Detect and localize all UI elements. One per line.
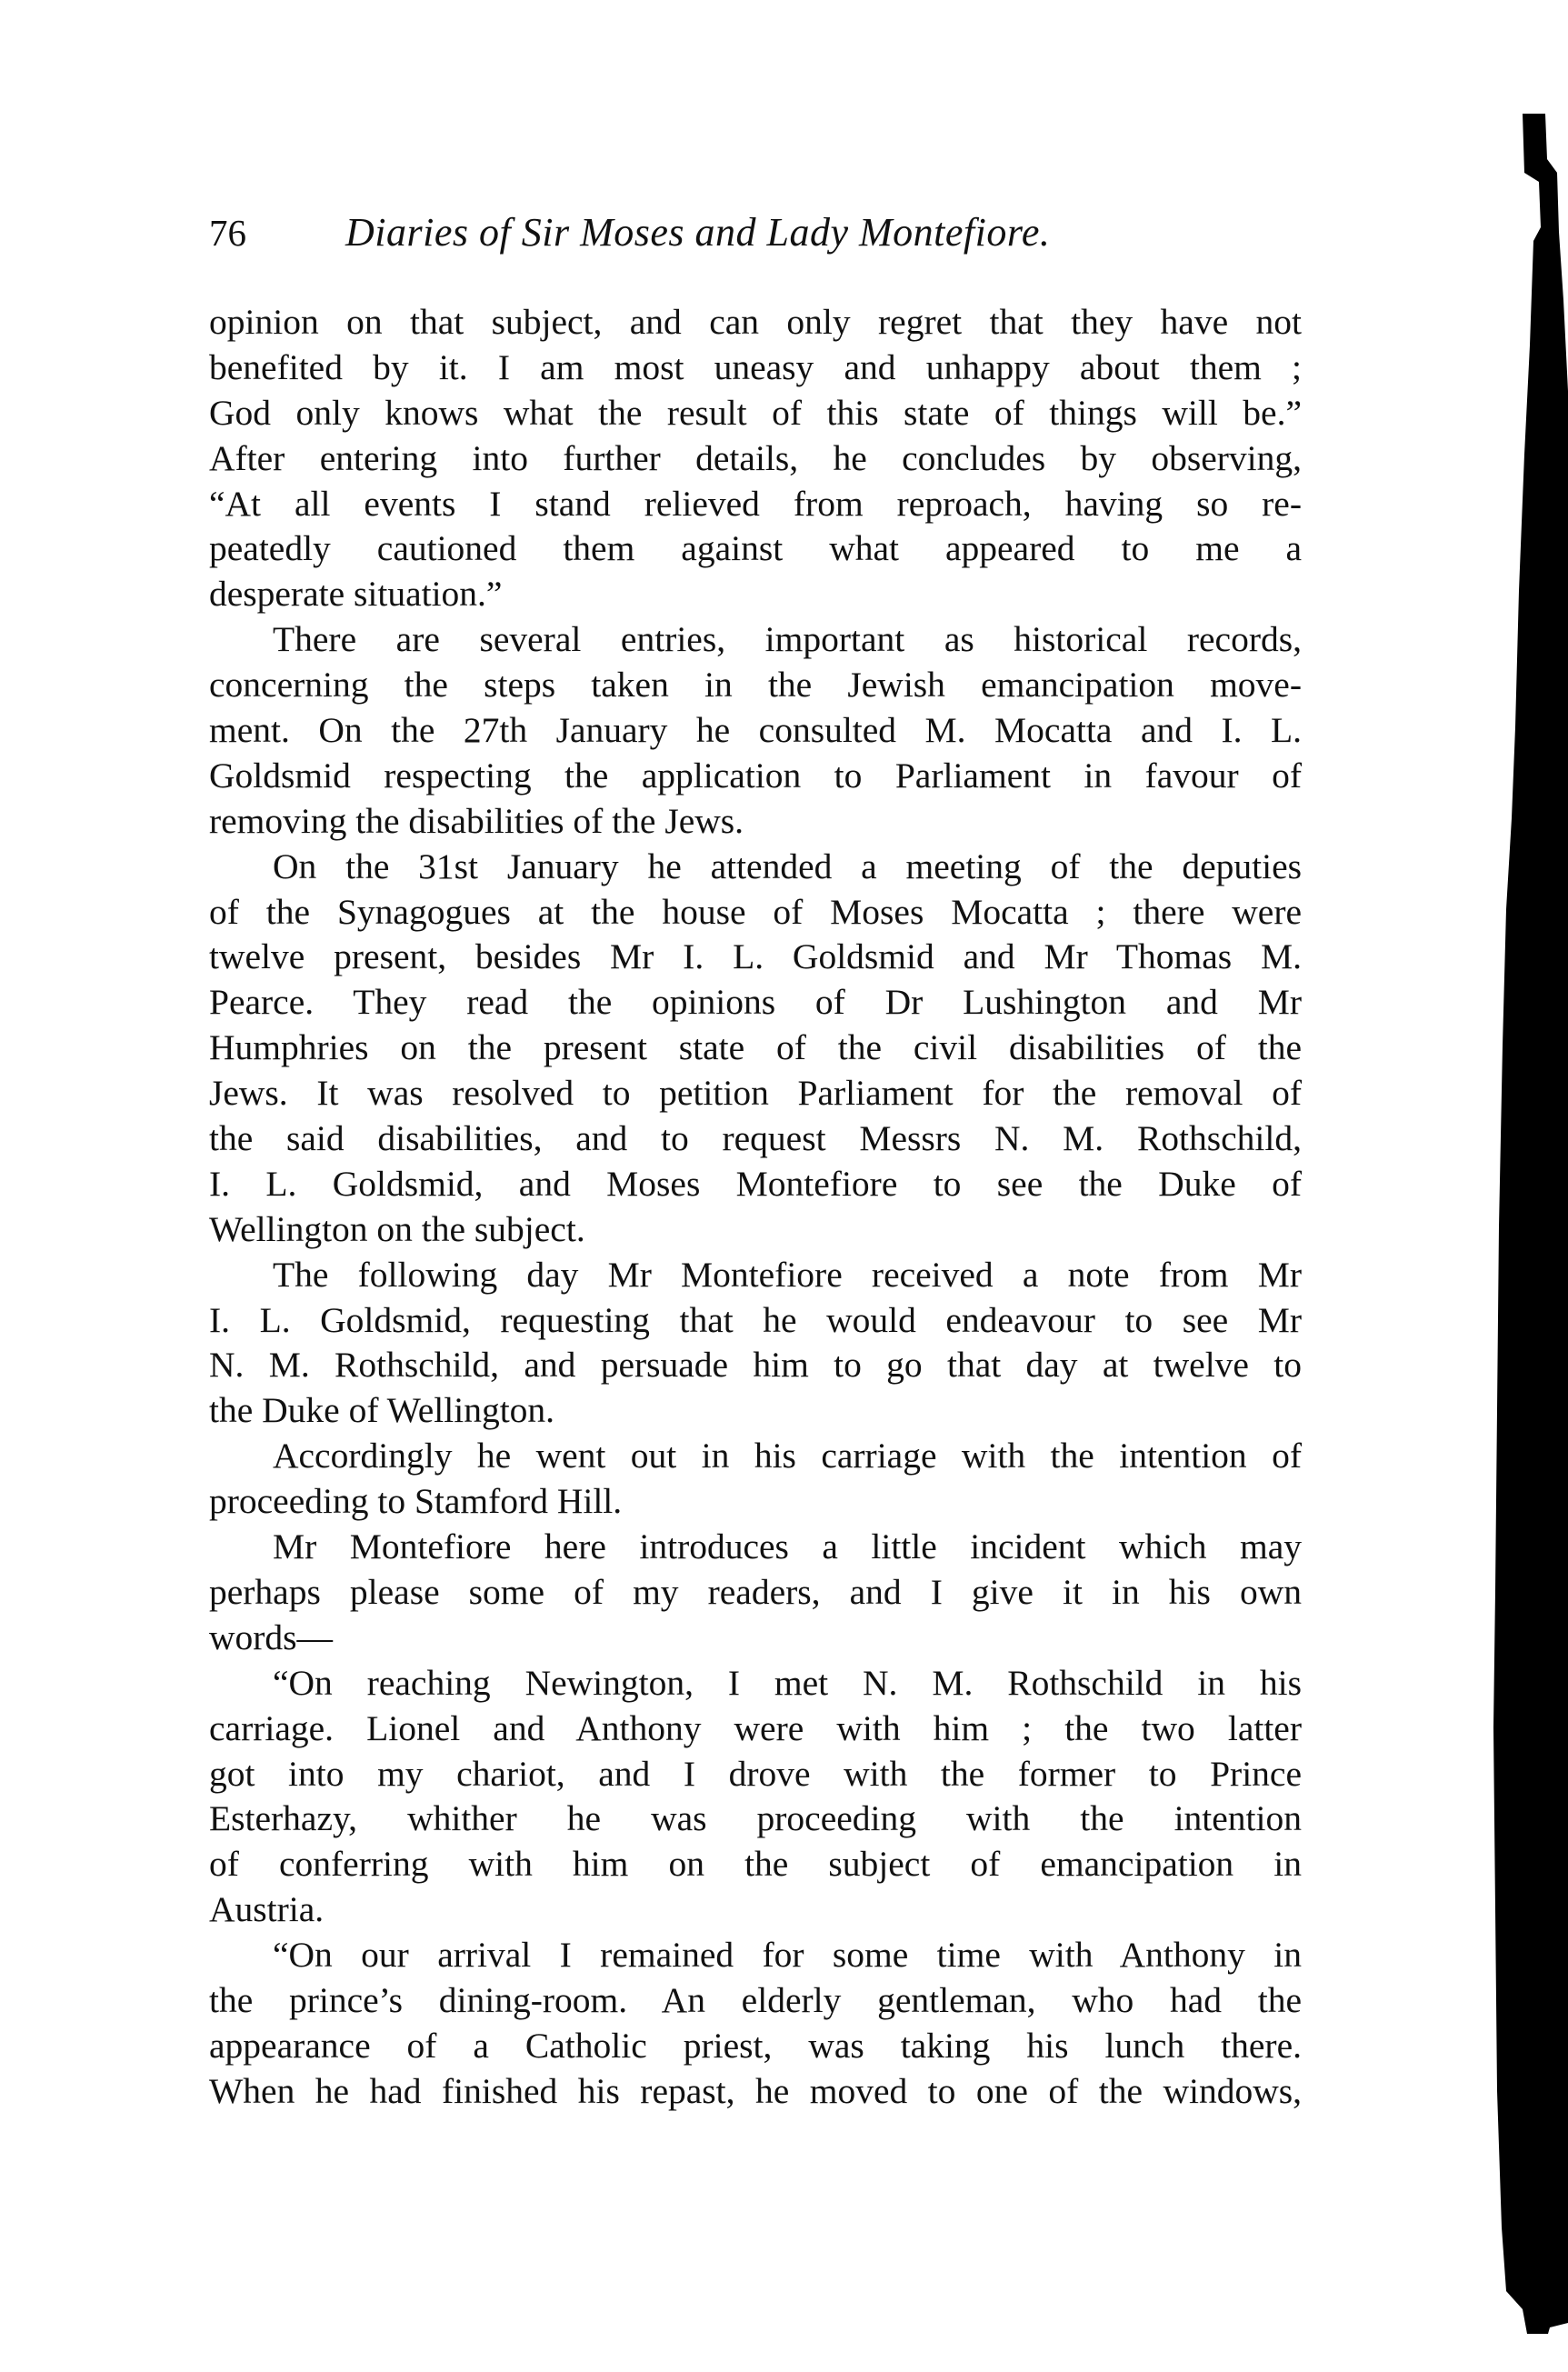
- text-line: When he had finished his repast, he move…: [209, 2069, 1302, 2115]
- text-line: I. L. Goldsmid, and Moses Montefiore to …: [209, 1162, 1302, 1207]
- running-header: 76 Diaries of Sir Moses and Lady Montefi…: [209, 207, 1302, 262]
- text-line: got into my chariot, and I drove with th…: [209, 1752, 1302, 1797]
- text-line: of the Synagogues at the house of Moses …: [209, 890, 1302, 936]
- text-line: carriage. Lionel and Anthony were with h…: [209, 1706, 1302, 1752]
- text-line: “On reaching Newington, I met N. M. Roth…: [209, 1661, 1302, 1706]
- text-line: The following day Mr Montefiore received…: [209, 1253, 1302, 1298]
- text-line: I. L. Goldsmid, requesting that he would…: [209, 1298, 1302, 1344]
- body-text: opinion on that subject, and can only re…: [209, 300, 1302, 2115]
- text-line: removing the disabilities of the Jews.: [209, 799, 1302, 845]
- text-line: twelve present, besides Mr I. L. Goldsmi…: [209, 935, 1302, 980]
- scan-edge-shadow: [1459, 0, 1568, 2372]
- text-line: Pearce. They read the opinions of Dr Lus…: [209, 980, 1302, 1026]
- text-line: On the 31st January he attended a meetin…: [209, 845, 1302, 890]
- text-line: Jews. It was resolved to petition Parlia…: [209, 1071, 1302, 1116]
- text-line: Wellington on the subject.: [209, 1207, 1302, 1253]
- text-line: words—: [209, 1616, 1302, 1661]
- text-line: of conferring with him on the subject of…: [209, 1842, 1302, 1887]
- text-line: appearance of a Catholic priest, was tak…: [209, 2024, 1302, 2069]
- text-line: “At all events I stand relieved from rep…: [209, 482, 1302, 527]
- text-line: desperate situation.”: [209, 572, 1302, 617]
- text-line: the Duke of Wellington.: [209, 1388, 1302, 1434]
- text-line: “On our arrival I remained for some time…: [209, 1933, 1302, 1978]
- text-line: perhaps please some of my readers, and I…: [209, 1570, 1302, 1616]
- page-number: 76: [209, 207, 246, 258]
- text-line: There are several entries, important as …: [209, 617, 1302, 663]
- book-page: 76 Diaries of Sir Moses and Lady Montefi…: [0, 0, 1568, 2372]
- text-line: proceeding to Stamford Hill.: [209, 1479, 1302, 1525]
- text-line: Goldsmid respecting the application to P…: [209, 754, 1302, 799]
- text-line: benefited by it. I am most uneasy and un…: [209, 345, 1302, 391]
- running-title: Diaries of Sir Moses and Lady Montefiore…: [345, 207, 1050, 258]
- text-line: Mr Montefiore here introduces a little i…: [209, 1525, 1302, 1570]
- text-line: Esterhazy, whither he was proceeding wit…: [209, 1797, 1302, 1842]
- text-line: concerning the steps taken in the Jewish…: [209, 663, 1302, 708]
- text-line: God only knows what the result of this s…: [209, 391, 1302, 436]
- text-line: the said disabilities, and to request Me…: [209, 1116, 1302, 1162]
- text-line: the prince’s dining-room. An elderly gen…: [209, 1978, 1302, 2024]
- text-line: opinion on that subject, and can only re…: [209, 300, 1302, 345]
- text-line: After entering into further details, he …: [209, 436, 1302, 482]
- text-line: Humphries on the present state of the ci…: [209, 1026, 1302, 1071]
- text-line: peatedly cautioned them against what app…: [209, 526, 1302, 572]
- text-line: Accordingly he went out in his carriage …: [209, 1434, 1302, 1479]
- text-line: Austria.: [209, 1887, 1302, 1933]
- text-line: N. M. Rothschild, and persuade him to go…: [209, 1343, 1302, 1388]
- text-line: ment. On the 27th January he consulted M…: [209, 708, 1302, 754]
